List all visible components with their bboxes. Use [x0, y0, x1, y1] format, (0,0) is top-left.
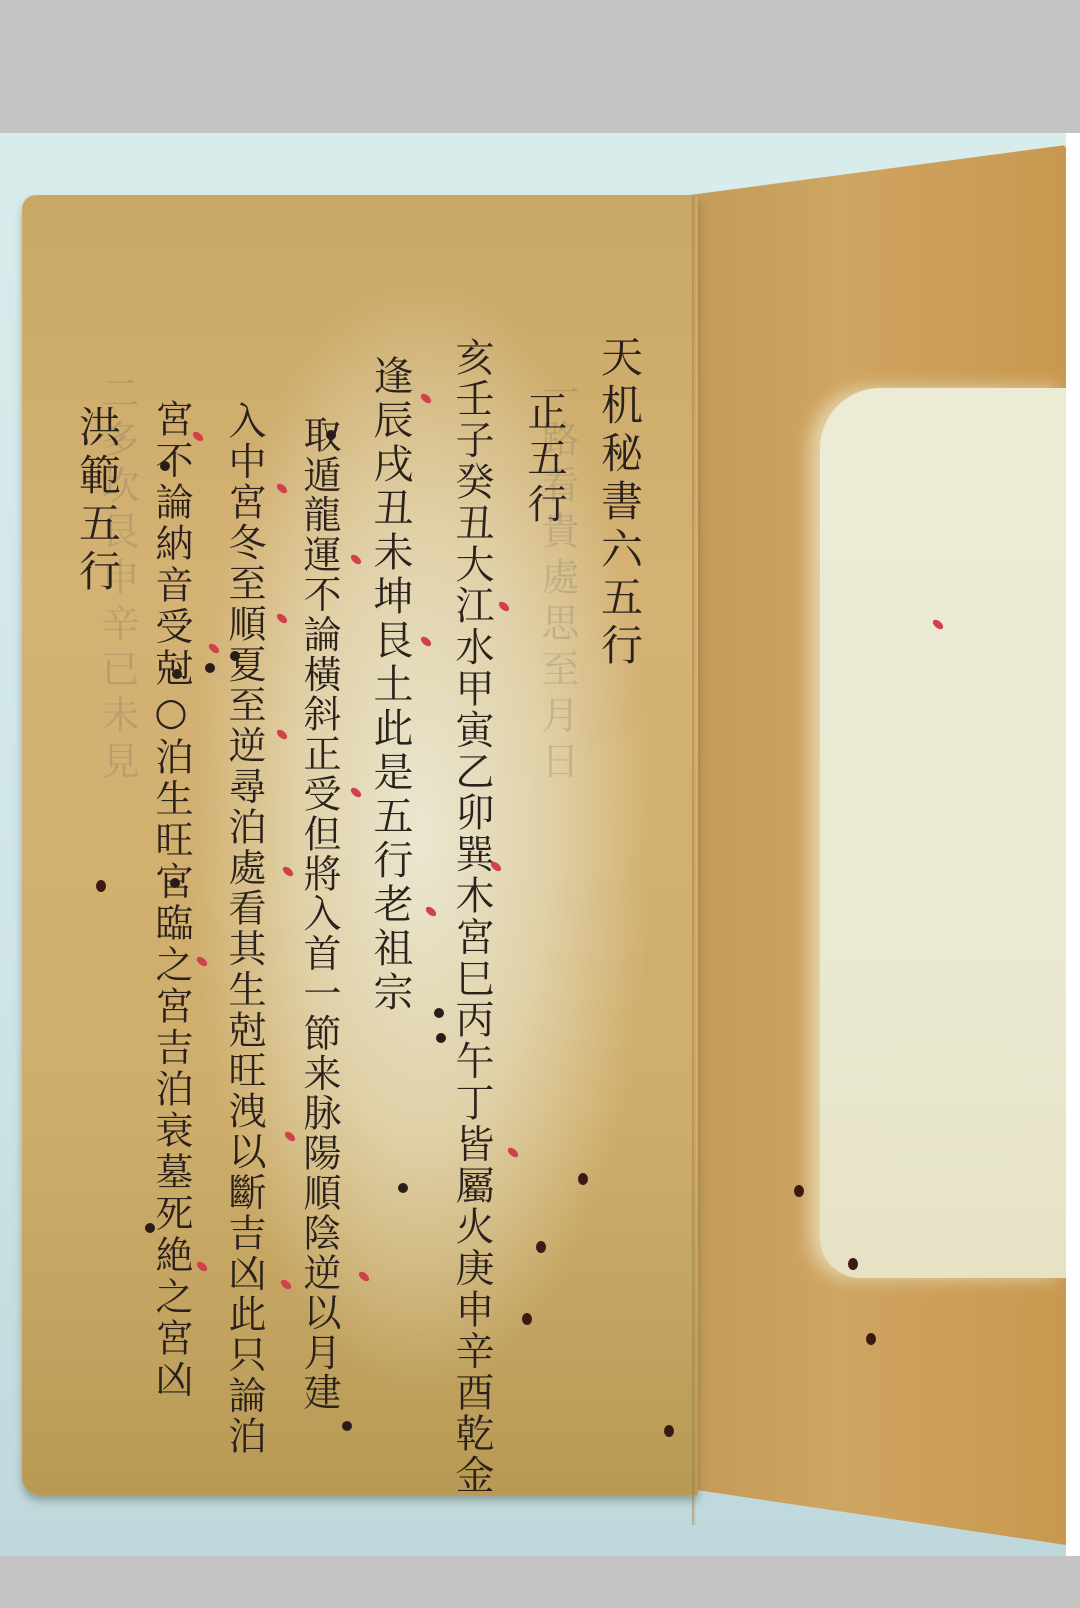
- right-edge-strip: [1066, 133, 1080, 1556]
- heading-hongfan-wuxing: 洪範五行: [76, 405, 118, 597]
- worm-hole: [848, 1258, 858, 1270]
- ink-dot: [434, 1008, 444, 1018]
- ink-dot: [172, 669, 182, 679]
- ink-dot: [230, 651, 240, 661]
- bottom-letterbox-bar: [0, 1556, 1080, 1608]
- ink-dot: [436, 1033, 446, 1043]
- ink-dot: [398, 1183, 408, 1193]
- worm-hole: [96, 880, 106, 892]
- text-column: 亥壬子癸丑大江水甲寅乙卯巽木宮巳丙午丁皆屬火庚申辛酉乾金: [452, 337, 491, 1496]
- text-column: 逢辰戌丑未坤艮土此是五行老祖宗: [370, 355, 410, 1015]
- text-column: 宮不論納音受尅○泊生旺官臨之宮吉泊衰墓死絶之宮凶: [152, 399, 190, 1401]
- heading-zheng-wuxing: 正五行: [524, 391, 564, 529]
- ink-dot: [160, 461, 170, 471]
- page-fold: [692, 195, 696, 1525]
- ink-dot: [170, 878, 180, 888]
- worm-hole: [536, 1241, 546, 1253]
- top-letterbox-bar: [0, 0, 1080, 133]
- worm-hole: [794, 1185, 804, 1197]
- title-column: 天机秘書六五行: [598, 335, 640, 671]
- worm-hole: [866, 1333, 876, 1345]
- text-column: 入中宮冬至順夏至逆尋泊處看其生尅旺洩以斷吉凶此只論泊: [225, 401, 263, 1457]
- worm-hole: [522, 1313, 532, 1325]
- water-stain: [820, 388, 1066, 1278]
- ink-dot: [326, 430, 336, 440]
- ink-dot: [205, 663, 215, 673]
- worm-hole: [578, 1173, 588, 1185]
- ink-dot: [145, 1223, 155, 1233]
- manuscript-photo: 一路看貴處思至月日 二多坎艮申辛已未見 天机秘書六五行 正五行 亥壬子癸丑大江水…: [0, 133, 1066, 1556]
- worm-hole: [664, 1425, 674, 1437]
- text-column: 取遁龍運不論橫斜正受但將入首一節来脉陽順陰逆以月建: [300, 415, 338, 1413]
- ink-dot: [342, 1421, 352, 1431]
